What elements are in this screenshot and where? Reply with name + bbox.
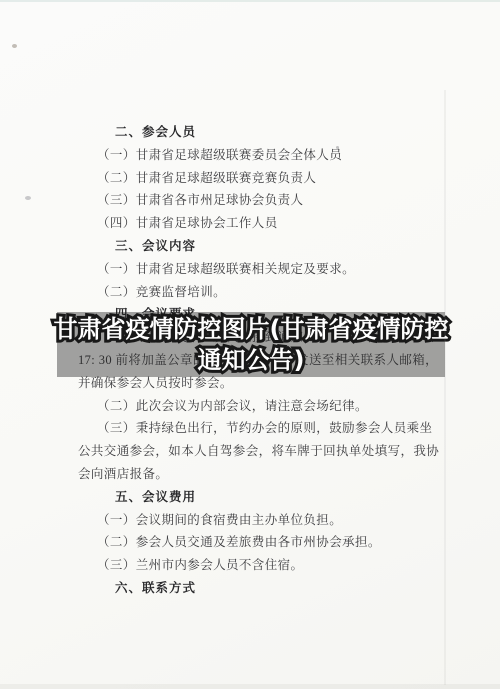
doc-line: （二）竞赛监督培训。 bbox=[78, 281, 438, 304]
caption-line-2-text: 通知公告) bbox=[198, 346, 305, 374]
scan-edge-line bbox=[0, 0, 500, 2]
doc-line: （二）此次会议为内部会议，请注意会场纪律。 bbox=[78, 395, 438, 418]
caption-line-1-text: 甘肃省疫情防控图片(甘肃省疫情防控 bbox=[54, 315, 449, 343]
doc-line: （三）甘肃省各市州足球协会负责人 bbox=[78, 189, 438, 212]
doc-line: （四）甘肃省足球协会工作人员 bbox=[78, 212, 438, 235]
caption-title: 甘肃省疫情防控图片(甘肃省疫情防控 甘肃省疫情防控图片(甘肃省疫情防控 通知公告… bbox=[45, 312, 457, 377]
scan-speckle bbox=[12, 44, 17, 48]
scan-speckle bbox=[25, 196, 31, 200]
scan-speckle bbox=[336, 146, 339, 149]
doc-line: （三）兰州市内参会人员不含住宿。 bbox=[78, 554, 438, 577]
doc-line: （二）甘肃省足球超级联赛竞赛负责人 bbox=[78, 167, 438, 190]
caption-line-1: 甘肃省疫情防控图片(甘肃省疫情防控 甘肃省疫情防控图片(甘肃省疫情防控 bbox=[45, 314, 457, 345]
doc-line: 三、会议内容 bbox=[78, 235, 438, 258]
paper-fold-line bbox=[444, 90, 446, 685]
doc-line: 六、联系方式 bbox=[78, 577, 438, 600]
scan-edge-shadow bbox=[0, 684, 500, 689]
doc-line: （二）参会人员交通及差旅费由各市州协会承担。 bbox=[78, 531, 438, 554]
doc-line: 会向酒店报备。 bbox=[78, 463, 438, 486]
doc-line: （一）甘肃省足球超级联赛委员会全体人员 bbox=[78, 144, 438, 167]
doc-line: （一）甘肃省足球超级联赛相关规定及要求。 bbox=[78, 258, 438, 281]
scanned-document-page: 二、参会人员 （一）甘肃省足球超级联赛委员会全体人员 （二）甘肃省足球超级联赛竞… bbox=[0, 0, 500, 689]
doc-line: （一）会议期间的食宿费由主办单位负担。 bbox=[78, 509, 438, 532]
caption-line-2: 通知公告) 通知公告) bbox=[45, 345, 457, 376]
doc-line: 五、会议费用 bbox=[78, 486, 438, 509]
doc-line: 公共交通参会，如本人自驾参会，将车牌于回执单处填写，我协 bbox=[78, 440, 438, 463]
doc-line: 二、参会人员 bbox=[78, 121, 438, 144]
doc-line: （三）秉持绿色出行，节约办会的原则，鼓励参会人员乘坐 bbox=[78, 417, 438, 440]
